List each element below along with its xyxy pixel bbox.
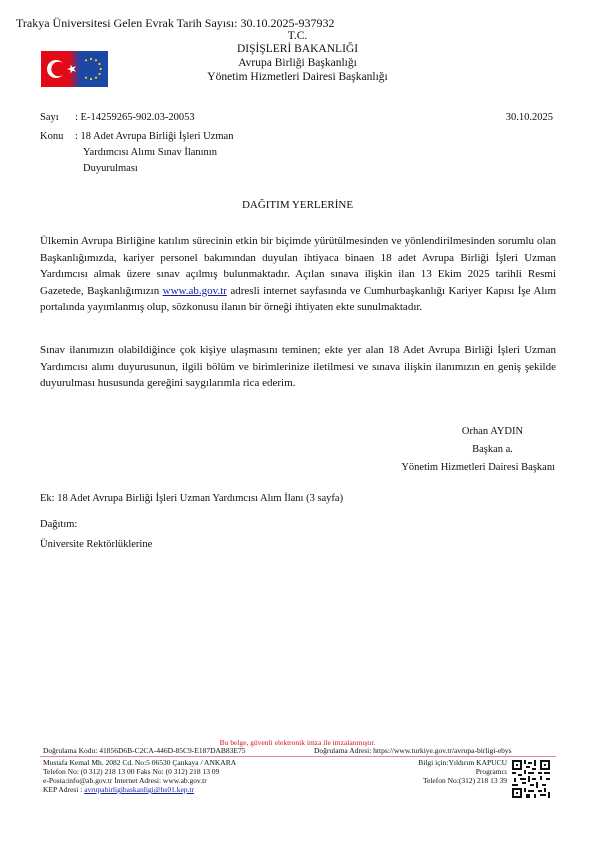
signature-block: Orhan AYDIN Başkan a. Yönetim Hizmetleri… [360,423,555,477]
kep-address-link[interactable]: avrupabirligibaskanligi@hs01.kep.tr [84,785,194,794]
subject-label: Konu [40,131,63,142]
footer-kep: KEP Adresi : avrupabirligibaskanligi@hs0… [43,786,194,795]
kep-label: KEP Adresi : [43,785,84,794]
document-date: 30.10.2025 [506,112,553,123]
recipient-title: DAĞITIM YERLERİNE [0,199,595,211]
header-tc: T.C. [0,30,595,43]
verification-address[interactable]: Doğrulama Adresi: https://www.turkiye.go… [314,747,512,756]
signatory-title-2: Yönetim Hizmetleri Dairesi Başkanı [360,459,555,477]
footer-divider [40,756,556,757]
signatory-title-1: Başkan a. [360,441,555,459]
body-paragraph-1: Ülkemin Avrupa Birliğine katılım sürecin… [40,233,556,316]
info-phone: Telefon No:(312) 218 13 39 [423,777,507,786]
turkey-eu-flag-icon [41,51,108,87]
distribution-item: Üniversite Rektörlüklerine [40,539,152,550]
subject-line-2: Yardımcısı Alımı Sınav İlanının [83,147,217,158]
subject-line-3: Duyurulması [83,163,138,174]
subject-line-1: : 18 Adet Avrupa Birliği İşleri Uzman [75,131,233,142]
attachment-line: Ek: 18 Adet Avrupa Birliği İşleri Uzman … [40,493,343,504]
body-paragraph-2: Sınav ilanımızın olabildiğince çok kişiy… [40,342,556,392]
distribution-label: Dağıtım: [40,519,77,530]
incoming-document-stamp: Trakya Üniversitesi Gelen Evrak Tarih Sa… [16,16,334,31]
website-link[interactable]: www.ab.gov.tr [163,285,227,297]
number-value: : E-14259265-902.03-20053 [75,112,195,123]
verification-code: Doğrulama Kodu: 41856D6B-C2CA-446D-85C9-… [43,747,246,756]
signatory-name: Orhan AYDIN [360,423,555,441]
qr-code-icon [512,760,550,798]
number-label: Sayı [40,112,59,123]
